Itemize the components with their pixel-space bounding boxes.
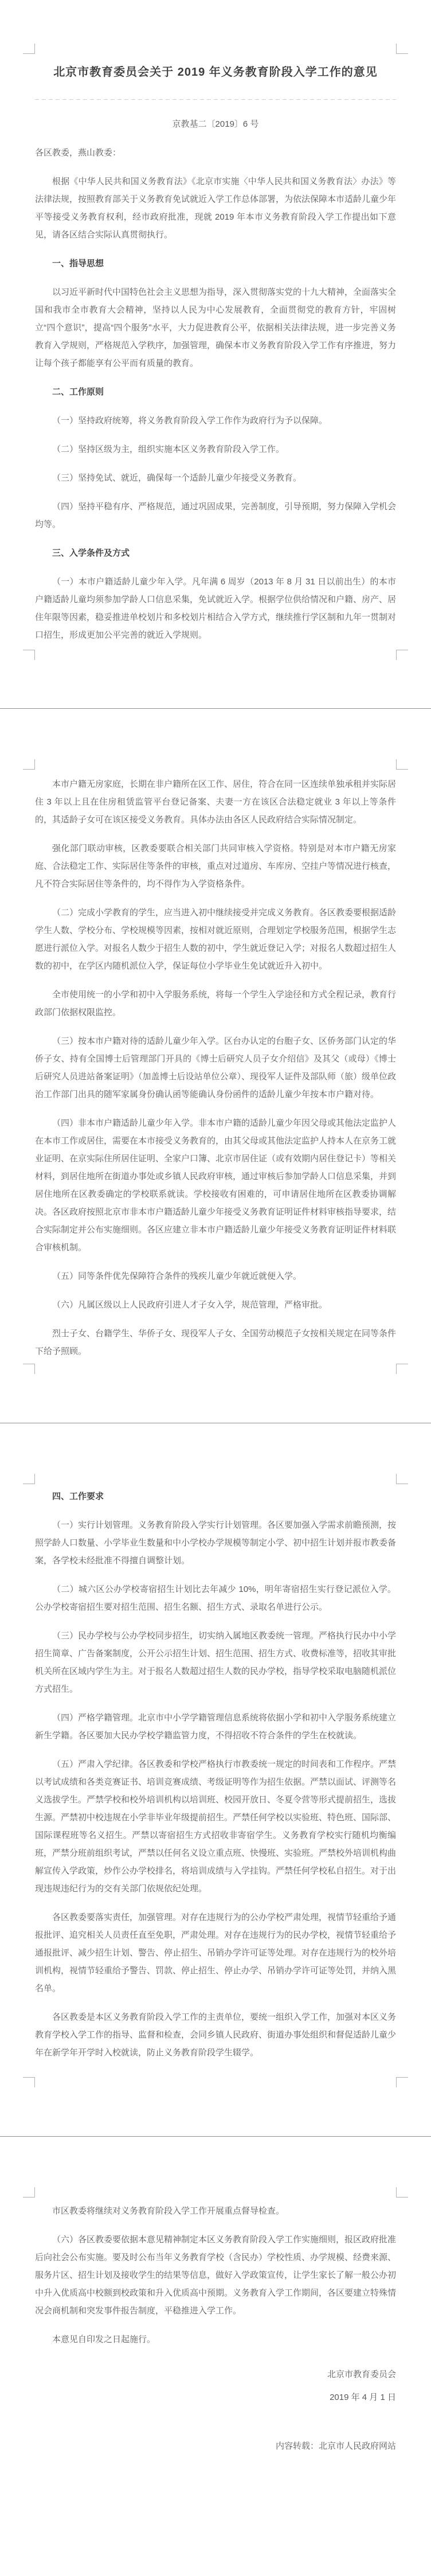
corner-mark-bottom-right bbox=[396, 1364, 408, 1374]
page: 本市户籍无房家庭，长期在非户籍所在区工作、居住，符合在同一区连续单独承租并实际居… bbox=[0, 708, 431, 1423]
paragraph: （三）民办学校与公办学校同步招生，切实纳入属地区教委统一管理。严格执行民办中小学… bbox=[35, 1627, 396, 1698]
paragraph: 市区教委将继续对义务教育阶段入学工作开展重点督导检查。 bbox=[35, 2202, 396, 2220]
page-content: 四、工作要求（一）实行计划管理。义务教育阶段入学实行计划管理。各区要加强入学需求… bbox=[35, 1423, 396, 2062]
page-content: 北京市教育委员会关于 2019 年义务教育阶段入学工作的意见京教基二〔2019〕… bbox=[35, 0, 396, 644]
paragraph: （一）本市户籍适龄儿童少年入学。凡年满 6 周岁（2013 年 8 月 31 日… bbox=[35, 573, 396, 644]
corner-mark-bottom-left bbox=[23, 2077, 35, 2087]
corner-mark-top-left bbox=[23, 2187, 35, 2198]
section-heading: 四、工作要求 bbox=[35, 1488, 396, 1505]
paragraph: （三）坚持免试、就近，确保每一个适龄儿童少年接受义务教育。 bbox=[35, 469, 396, 487]
doc-number: 京教基二〔2019〕6 号 bbox=[35, 115, 396, 133]
paragraph: 强化部门联动审核，区教委要联合相关部门共同审核入学资格。特别是对本市户籍无房家庭… bbox=[35, 840, 396, 893]
corner-mark-bottom-right bbox=[396, 2077, 408, 2087]
corner-mark-top-right bbox=[396, 1474, 408, 1484]
corner-mark-bottom-left bbox=[23, 650, 35, 660]
paragraph: 各区教委是本区义务教育阶段入学工作的主责单位，要统一组织入学工作，加强对本区义务… bbox=[35, 2008, 396, 2062]
signature: 北京市教育委员会 bbox=[35, 2366, 396, 2383]
date: 2019 年 4 月 1 日 bbox=[35, 2388, 396, 2406]
document: 北京市教育委员会关于 2019 年义务教育阶段入学工作的意见京教基二〔2019〕… bbox=[0, 0, 431, 2574]
section-heading: 三、入学条件及方式 bbox=[35, 544, 396, 562]
page-content: 本市户籍无房家庭，长期在非户籍所在区工作、居住，符合在同一区连续单独承租并实际居… bbox=[35, 709, 396, 1360]
corner-mark-top-right bbox=[396, 2187, 408, 2198]
paragraph: （六）凡属区级以上人民政府引进人才子女入学，规范管理，严格审批。 bbox=[35, 1296, 396, 1314]
paragraph: 烈士子女、台籍学生、华侨子女、现役军人子女、全国劳动模范子女按相关规定在同等条件… bbox=[35, 1325, 396, 1360]
paragraph: 本意见自印发之日起施行。 bbox=[35, 2331, 396, 2348]
corner-mark-top-left bbox=[23, 44, 35, 54]
page: 四、工作要求（一）实行计划管理。义务教育阶段入学实行计划管理。各区要加强入学需求… bbox=[0, 1423, 431, 2136]
paragraph: （五）严肃入学纪律。各区教委和学校严格执行市教委统一规定的时间表和工作程序。严禁… bbox=[35, 1755, 396, 1898]
source-credit: 内容转载：北京市人民政府网站 bbox=[35, 2437, 396, 2455]
page: 市区教委将继续对义务教育阶段入学工作开展重点督导检查。（六）各区教委要依据本意见… bbox=[0, 2136, 431, 2574]
corner-mark-top-left bbox=[23, 759, 35, 770]
paragraph: 以习近平新时代中国特色社会主义思想为指导，深入贯彻落实党的十九大精神，全面落实全… bbox=[35, 283, 396, 372]
paragraph: （三）按本市户籍对待的适龄儿童少年入学。区台办认定的台胞子女、区侨务部门认定的华… bbox=[35, 1032, 396, 1103]
page: 北京市教育委员会关于 2019 年义务教育阶段入学工作的意见京教基二〔2019〕… bbox=[0, 0, 431, 708]
paragraph: （五）同等条件优先保障符合条件的残疾儿童少年就近就便入学。 bbox=[35, 1267, 396, 1285]
section-heading: 一、指导思想 bbox=[35, 255, 396, 272]
paragraph: （六）各区教委要依据本意见精神制定本区义务教育阶段入学工作实施细则，报区政府批准… bbox=[35, 2231, 396, 2320]
paragraph: （一）坚持政府统筹，将义务教育阶段入学工作作为政府行为予以保障。 bbox=[35, 412, 396, 430]
corner-mark-top-right bbox=[396, 759, 408, 770]
dashed-divider bbox=[35, 99, 396, 100]
paragraph: （二）城六区公办学校寄宿招生计划比去年减少 10%，明年寄宿招生实行登记派位入学… bbox=[35, 1580, 396, 1616]
page-content: 市区教委将继续对义务教育阶段入学工作开展重点督导检查。（六）各区教委要依据本意见… bbox=[35, 2137, 396, 2455]
corner-mark-bottom-left bbox=[23, 1364, 35, 1374]
document-title: 北京市教育委员会关于 2019 年义务教育阶段入学工作的意见 bbox=[35, 63, 396, 81]
paragraph: （二）完成小学教育的学生，应当进入初中继续接受并完成义务教育。各区教委要根据适龄… bbox=[35, 904, 396, 975]
paragraph: （二）坚持区级为主，组织实施本区义务教育阶段入学工作。 bbox=[35, 440, 396, 458]
paragraph: （一）实行计划管理。义务教育阶段入学实行计划管理。各区要加强入学需求前瞻预测，按… bbox=[35, 1516, 396, 1570]
paragraph: 全市使用统一的小学和初中入学服务系统，将每一个学生入学途径和方式全程记录，教育行… bbox=[35, 986, 396, 1021]
paragraph: （四）严格学籍管理。北京市中小学学籍管理信息系统将依据小学和初中入学服务系统建立… bbox=[35, 1709, 396, 1744]
section-heading: 二、工作原则 bbox=[35, 383, 396, 401]
paragraph: 本市户籍无房家庭，长期在非户籍所在区工作、居住，符合在同一区连续单独承租并实际居… bbox=[35, 775, 396, 829]
corner-mark-bottom-right bbox=[396, 650, 408, 660]
paragraph: 各区教委要落实责任，加强管理。对存在违规行为的公办学校严肃处理，视情节轻重给予通… bbox=[35, 1908, 396, 1997]
paragraph: （四）坚持平稳有序、严格规范，通过巩固成果，完善制度，引导预期，努力保障入学机会… bbox=[35, 498, 396, 533]
corner-mark-top-left bbox=[23, 1474, 35, 1484]
paragraph: （四）非本市户籍适龄儿童少年入学。非本市户籍的适龄儿童少年因父母或其他法定监护人… bbox=[35, 1114, 396, 1256]
salutation: 各区教委，燕山教委： bbox=[35, 144, 396, 162]
paragraph: 根据《中华人民共和国义务教育法》《北京市实施〈中华人民共和国义务教育法〉办法》等… bbox=[35, 173, 396, 244]
corner-mark-top-right bbox=[396, 44, 408, 54]
